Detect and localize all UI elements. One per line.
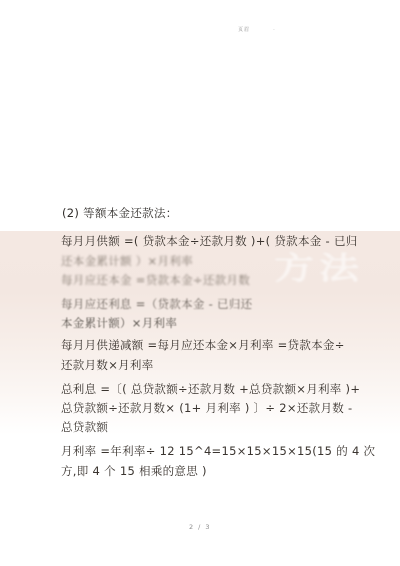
formula-line: 月利率 =年利率÷ 12 15^4=15×15×15×15(15 的 4 次: [61, 443, 375, 459]
document-page: 页眉 . (2) 等额本金还款法： 方法 每月月供额 =( 贷款本金÷还款月数 …: [0, 0, 400, 566]
formula-line: 总贷款额÷还款月数× (1+ 月利率 ) 〕÷ 2×还款月数 -: [61, 400, 352, 416]
page-number-indicator: 2 / 3: [0, 523, 400, 531]
formula-line: 每月月供递减额 =每月应还本金×月利率 =贷款本金÷: [61, 337, 345, 353]
formula-line: 每月月供额 =( 贷款本金÷还款月数 )+( 贷款本金 - 已归: [61, 233, 358, 249]
page-header-text: 页眉: [238, 26, 250, 33]
formula-line: 还本金累计额 ）×月利率: [61, 253, 193, 269]
formula-line: 总利息 =〔( 总贷款额÷还款月数 +总贷款额×月利率 )+: [61, 381, 360, 397]
formula-line: 每月应还本金 =贷款本金÷还款月数: [61, 272, 250, 288]
formula-line: 每月应还利息 =（贷款本金 - 已归还: [61, 296, 252, 312]
formula-line: 还款月数×月利率: [61, 357, 154, 373]
formula-line: 方,即 4 个 15 相乘的意思 ): [61, 463, 207, 479]
formula-line: 总贷款额: [61, 419, 108, 435]
formula-line: 本金累计额）×月利率: [61, 315, 177, 331]
page-header-mark: .: [273, 25, 275, 32]
section-heading: (2) 等额本金还款法：: [62, 205, 178, 221]
